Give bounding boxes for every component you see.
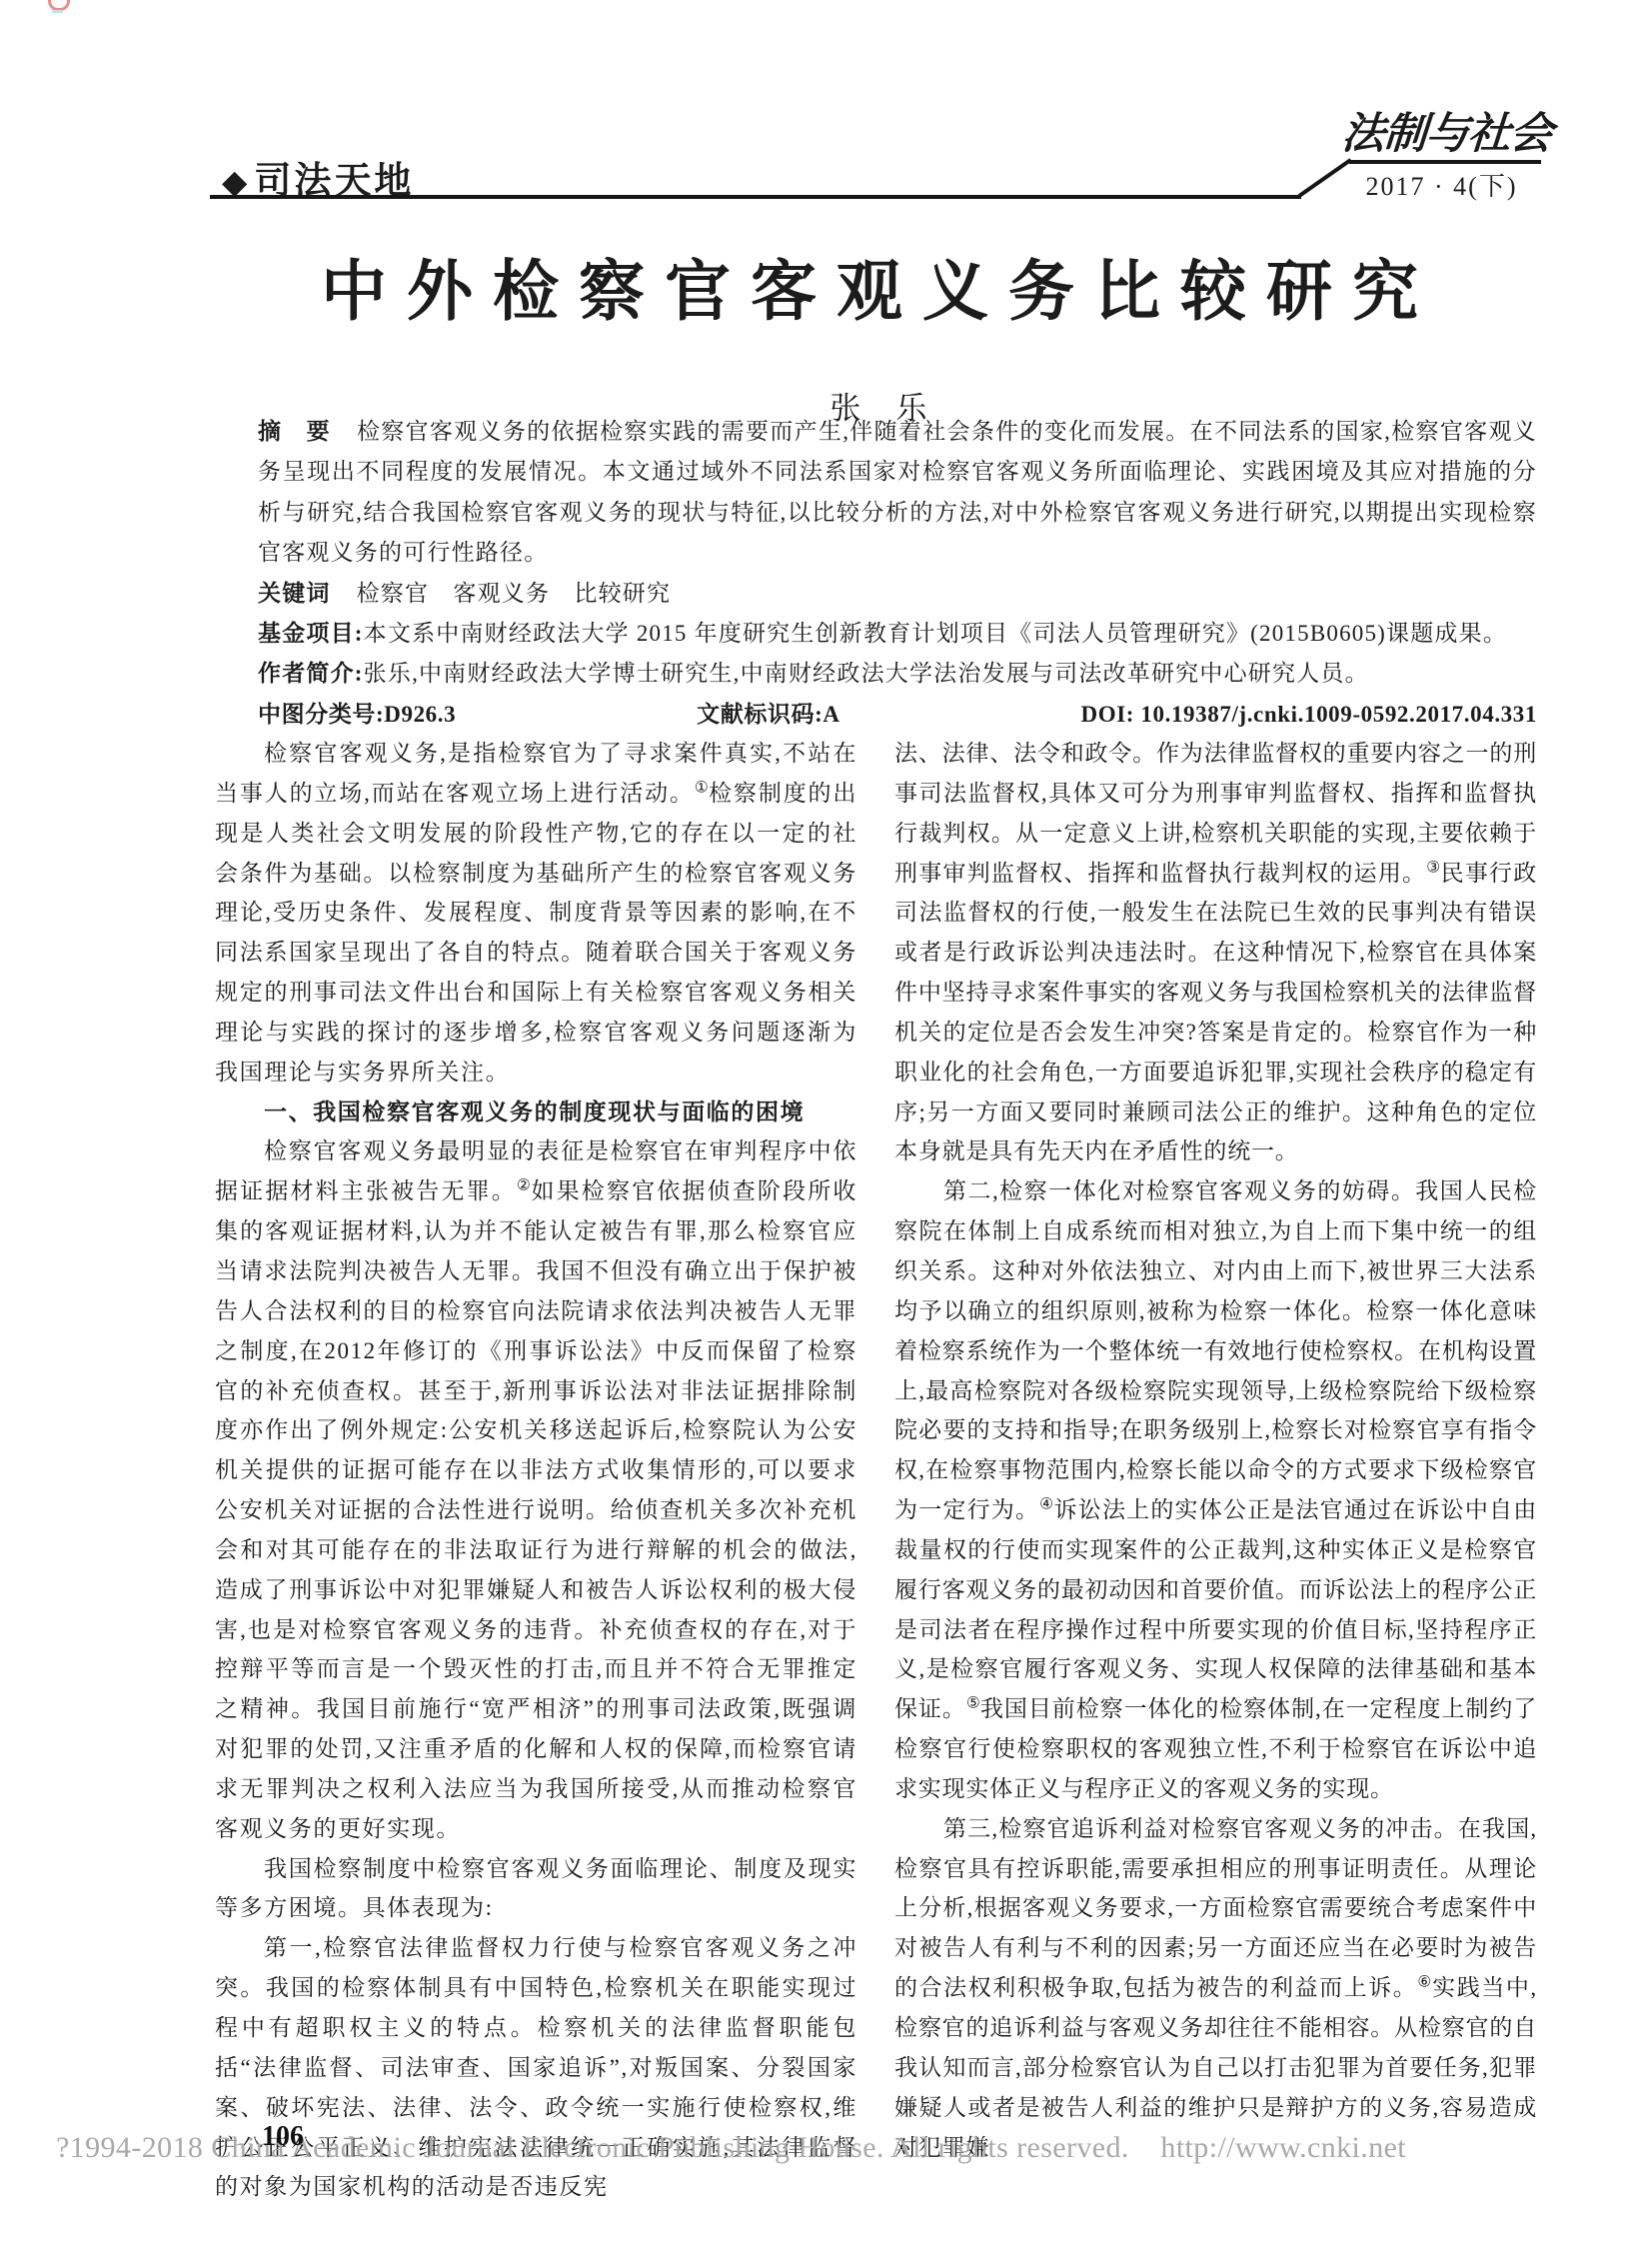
fund-text: 本文系中南财经政法大学 2015 年度研究生创新教育计划项目《司法人员管理研究》… <box>364 621 1507 646</box>
footnote-marker: ④ <box>1039 1495 1053 1512</box>
keywords: 关键词检察官 客观义务 比较研究 <box>258 574 1537 614</box>
author-bio-label: 作者简介: <box>258 661 364 686</box>
footnote-marker: ② <box>517 1177 532 1194</box>
paragraph: 法、法律、法令和政令。作为法律监督权的重要内容之一的刑事司法监督权,具体又可分为… <box>894 734 1537 1171</box>
left-column: 检察官客观义务,是指检察官为了寻求案件真实,不站在当事人的立场,而站在客观立场上… <box>215 734 857 2207</box>
footnote-marker: ① <box>695 779 709 796</box>
keywords-text: 检察官 客观义务 比较研究 <box>357 581 672 606</box>
abstract: 摘 要检察官客观义务的依据检察实践的需要而产生,伴随着社会条件的变化而发展。在不… <box>258 412 1537 574</box>
abstract-label: 摘 要 <box>258 419 331 444</box>
section-heading: 一、我国检察官客观义务的制度现状与面临的困境 <box>215 1093 857 1132</box>
footnote-marker: ⑥ <box>1417 1974 1432 1991</box>
header-rule-diagonal <box>1298 158 1352 197</box>
paragraph: 检察官客观义务最明显的表征是检察官在审判程序中依据证据材料主张被告无罪。②如果检… <box>215 1131 857 1848</box>
page-number: 106 <box>262 2121 304 2153</box>
author-bio-text: 张乐,中南财经政法大学博士研究生,中南财经政法大学法治发展与司法改革研究中心研究… <box>364 661 1369 686</box>
footnote-marker: ③ <box>1426 859 1440 876</box>
article-title: 中外检察官客观义务比较研究 <box>205 238 1554 333</box>
paragraph: 第一,检察官法律监督权力行使与检察官客观义务之冲突。我国的检察体制具有中国特色,… <box>215 1928 857 2207</box>
paragraph: 检察官客观义务,是指检察官为了寻求案件真实,不站在当事人的立场,而站在客观立场上… <box>215 734 857 1093</box>
paragraph: 第二,检察一体化对检察官客观义务的妨碍。我国人民检察院在体制上自成系统而相对独立… <box>894 1171 1537 1809</box>
journal-issue: 2017 · 4(下) <box>1349 166 1534 203</box>
fund-note: 基金项目:本文系中南财经政法大学 2015 年度研究生创新教育计划项目《司法人员… <box>258 614 1537 654</box>
article-meta: 摘 要检察官客观义务的依据检察实践的需要而产生,伴随着社会条件的变化而发展。在不… <box>258 412 1537 735</box>
keywords-label: 关键词 <box>258 581 331 606</box>
paragraph: 我国检察制度中检察官客观义务面临理论、制度及现实等多方困境。具体表现为: <box>215 1849 857 1929</box>
footnote-marker: ⑤ <box>966 1695 980 1712</box>
classification-row: 中图分类号:D926.3 文献标识码:A DOI: 10.19387/j.cnk… <box>258 695 1537 735</box>
author-bio: 作者简介:张乐,中南财经政法大学博士研究生,中南财经政法大学法治发展与司法改革研… <box>258 654 1537 694</box>
scan-artifact-cyan <box>52 10 63 13</box>
right-column: 法、法律、法令和政令。作为法律监督权的重要内容之一的刑事司法监督权,具体又可分为… <box>894 734 1537 2167</box>
document-code: 文献标识码:A <box>697 695 839 735</box>
journal-page: ◆司法天地 法制与社会 2017 · 4(下) 中外检察官客观义务比较研究 张 … <box>0 0 1652 2244</box>
clc-number: 中图分类号:D926.3 <box>258 695 456 735</box>
abstract-text: 检察官客观义务的依据检察实践的需要而产生,伴随着社会条件的变化而发展。在不同法系… <box>258 419 1537 565</box>
paragraph: 第三,检察官追诉利益对检察官客观义务的冲击。在我国,检察官具有控诉职能,需要承担… <box>894 1809 1537 2168</box>
journal-logo: 法制与社会 <box>1340 100 1544 161</box>
fund-label: 基金项目: <box>258 621 364 646</box>
doi: DOI: 10.19387/j.cnki.1009-0592.2017.04.3… <box>1081 695 1537 735</box>
header-rule-left <box>210 195 1301 199</box>
cnki-watermark: ?1994-2018 China Academic Journal Electr… <box>56 2131 1406 2165</box>
